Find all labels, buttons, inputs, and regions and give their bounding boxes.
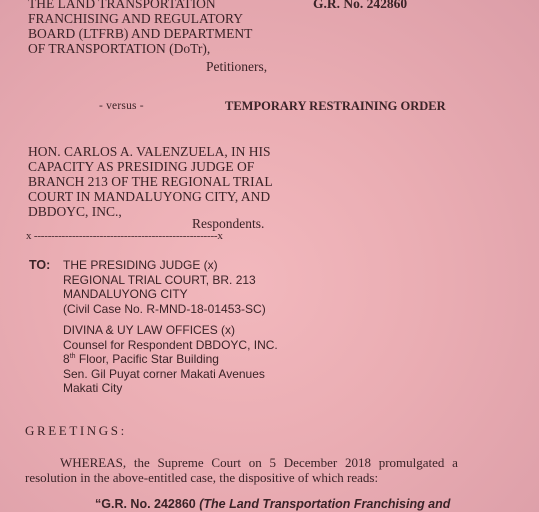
versus-label: - versus -: [99, 100, 144, 112]
greetings-heading: GREETINGS:: [25, 423, 127, 439]
whereas-line-1: WHEREAS, the Supreme Court on 5 December…: [60, 455, 458, 471]
address-line: (Civil Case No. R-MND-18-01453-SC): [63, 302, 266, 317]
address-line-floor: 8th Floor, Pacific Star Building: [63, 352, 278, 367]
petitioner-line: BOARD (LTFRB) AND DEPARTMENT: [28, 26, 252, 41]
petitioner-line: FRANCHISING AND REGULATORY: [28, 11, 252, 26]
address-line: THE PRESIDING JUDGE (x): [63, 258, 266, 273]
address-line: Counsel for Respondent DBDOYC, INC.: [63, 338, 278, 353]
petitioner-line: THE LAND TRANSPORTATION: [28, 0, 252, 11]
respondent-line: HON. CARLOS A. VALENZUELA, IN HIS: [28, 144, 273, 159]
petitioner-block: THE LAND TRANSPORTATION FRANCHISING AND …: [28, 0, 252, 56]
address-line: REGIONAL TRIAL COURT, BR. 213: [63, 273, 266, 288]
floor-rest: Floor, Pacific Star Building: [76, 352, 219, 366]
floor-number: 8: [63, 352, 70, 366]
respondent-block: HON. CARLOS A. VALENZUELA, IN HIS CAPACI…: [28, 144, 273, 219]
to-label: TO:: [29, 258, 50, 272]
caption-separator: x --------------------------------------…: [26, 230, 223, 242]
respondent-line: COURT IN MANDALUYONG CITY, AND: [28, 189, 273, 204]
respondent-line: CAPACITY AS PRESIDING JUDGE OF: [28, 159, 273, 174]
quote-case-title: (The Land Transportation Franchising and: [199, 497, 450, 511]
case-number: G.R. No. 242860: [313, 0, 407, 12]
respondent-line: BRANCH 213 OF THE REGIONAL TRIAL: [28, 174, 273, 189]
address-line: Sen. Gil Puyat corner Makati Avenues: [63, 367, 278, 382]
address-line: DIVINA & UY LAW OFFICES (x): [63, 323, 278, 338]
quoted-resolution: “G.R. No. 242860 (The Land Transportatio…: [95, 497, 450, 511]
petitioners-label: Petitioners,: [206, 59, 267, 75]
address-line: MANDALUYONG CITY: [63, 287, 266, 302]
addressee-trial-court: THE PRESIDING JUDGE (x) REGIONAL TRIAL C…: [63, 258, 266, 316]
quote-case-number: “G.R. No. 242860: [95, 497, 196, 511]
petitioner-line: OF TRANSPORTATION (DoTr),: [28, 41, 252, 56]
addressee-law-office: DIVINA & UY LAW OFFICES (x) Counsel for …: [63, 323, 278, 396]
whereas-line-2: resolution in the above-entitled case, t…: [25, 470, 378, 486]
document-title: TEMPORARY RESTRAINING ORDER: [225, 99, 446, 114]
address-line: Makati City: [63, 381, 278, 396]
